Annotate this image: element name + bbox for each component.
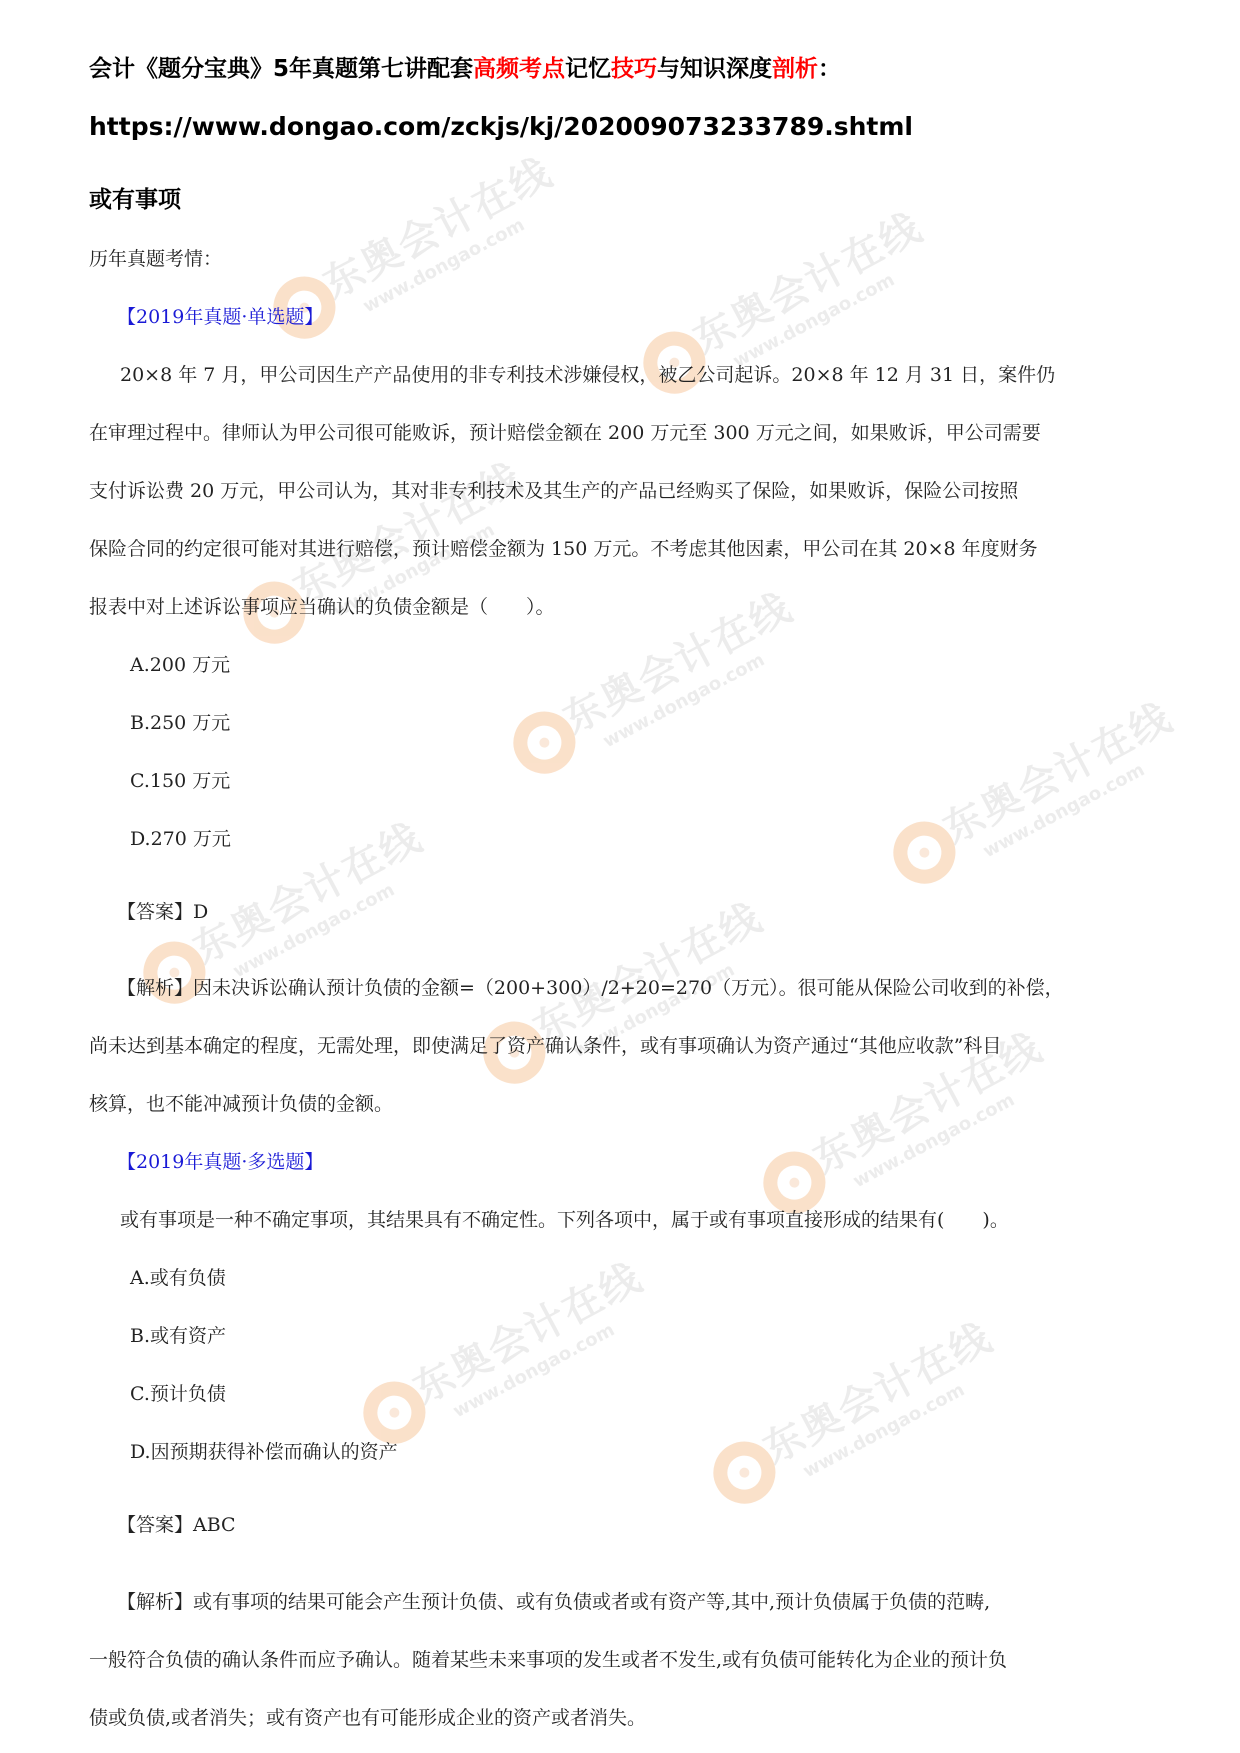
watermark: 东奥会计在线www.dongao.com	[682, 196, 941, 383]
analysis: 尚未达到基本确定的程度，无需处理，即使满足了资产确认条件，或有事项确认为资产通过…	[89, 1031, 1001, 1058]
document-title: 会计《题分宝典》5年真题第七讲配套高频考点记忆技巧与知识深度剖析：	[89, 50, 841, 83]
question-stem: 或有事项是一种不确定事项，其结果具有不确定性。下列各项中，属于或有事项直接形成的…	[120, 1205, 1009, 1232]
answer: 【答案】ABC	[117, 1510, 236, 1537]
section-title: 或有事项	[89, 181, 181, 214]
source-link[interactable]: https://www.dongao.com/zckjs/kj/20200907…	[89, 112, 913, 141]
option-b: B.或有资产	[130, 1321, 226, 1348]
watermark-logo-icon	[702, 1431, 786, 1515]
question-stem: 在审理过程中。律师认为甲公司很可能败诉，预计赔偿金额在 200 万元至 300 …	[89, 418, 1041, 445]
question-stem: 保险合同的约定很可能对其进行赔偿，预计赔偿金额为 150 万元。不考虑其他因素，…	[89, 534, 1038, 561]
intro-label: 历年真题考情：	[89, 244, 222, 271]
option-a: A.或有负债	[130, 1263, 226, 1290]
watermark: 东奥会计在线www.dongao.com	[752, 1306, 1011, 1493]
option-c: C.预计负债	[130, 1379, 226, 1406]
option-d: D.因预期获得补偿而确认的资产	[130, 1437, 398, 1464]
option-a: A.200 万元	[130, 650, 230, 677]
question-tag: 【2019年真题·多选题】	[117, 1147, 323, 1174]
question-stem: 报表中对上述诉讼事项应当确认的负债金额是（ ）。	[89, 592, 555, 619]
analysis: 【解析】或有事项的结果可能会产生预计负债、或有负债或者或有资产等,其中,预计负债…	[117, 1587, 990, 1614]
analysis: 债或负债,或者消失；或有资产也有可能形成企业的资产或者消失。	[89, 1703, 646, 1730]
question-tag: 【2019年真题·单选题】	[117, 302, 323, 329]
option-b: B.250 万元	[130, 708, 230, 735]
question-stem: 20×8 年 7 月，甲公司因生产产品使用的非专利技术涉嫌侵权，被乙公司起诉。2…	[120, 360, 1055, 387]
document-page: 东奥会计在线www.dongao.com 东奥会计在线www.dongao.co…	[0, 0, 1240, 1753]
watermark: 东奥会计在线www.dongao.com	[932, 686, 1191, 873]
option-c: C.150 万元	[130, 766, 230, 793]
analysis: 一般符合负债的确认条件而应予确认。随着某些未来事项的发生或者不发生,或有负债可能…	[89, 1645, 1007, 1672]
question-stem: 支付诉讼费 20 万元，甲公司认为，其对非专利技术及其生产的产品已经购买了保险，…	[89, 476, 1018, 503]
analysis: 【解析】因未决诉讼确认预计负债的金额=（200+300）/2+20=270（万元…	[117, 973, 1064, 1000]
watermark-logo-icon	[502, 701, 586, 785]
analysis: 核算，也不能冲减预计负债的金额。	[89, 1089, 393, 1116]
watermark: 东奥会计在线www.dongao.com	[552, 576, 811, 763]
answer: 【答案】D	[117, 897, 208, 924]
watermark-logo-icon	[882, 811, 966, 895]
watermark: 东奥会计在线www.dongao.com	[402, 1246, 661, 1433]
option-d: D.270 万元	[130, 824, 231, 851]
watermark: 东奥会计在线www.dongao.com	[312, 141, 571, 328]
